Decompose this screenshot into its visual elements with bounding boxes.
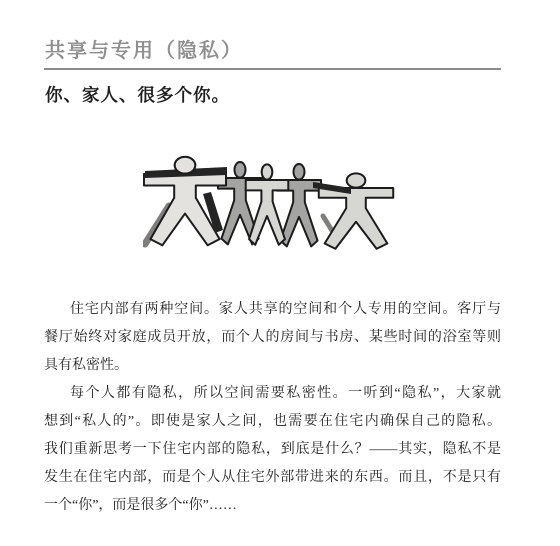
paper-doll-chain-svg (143, 148, 405, 262)
title-divider (44, 68, 501, 70)
paper-doll-figure-3 (246, 164, 289, 244)
section-title: 共享与专用（隐私） (45, 34, 243, 63)
body-line: 每个人都有隐私，所以空间需要私密性。一听到“隐私”，大家就 (44, 380, 501, 408)
section-subtitle: 你、家人、很多个你。 (45, 82, 230, 107)
body-line: 我们重新思考一下住宅内部的隐私，到底是什么？——其实，隐私不是 (44, 436, 501, 464)
paragraph: 每个人都有隐私，所以空间需要私密性。一听到“隐私”，大家就 想到“私人的”。即使… (44, 380, 501, 520)
body-line: 具有私密性。 (44, 352, 501, 380)
body-line: 餐厅始终对家庭成员开放，而个人的房间与书房、某些时间的浴室等则 (44, 324, 501, 352)
body-line: 发生在住宅内部，而是个人从住宅外部带进来的东西。而且，不是只有 (44, 464, 501, 492)
body-line: 一个“你”，而是很多个“你”…… (44, 492, 501, 520)
body-line: 住宅内部有两种空间。家人共享的空间和个人专用的空间。客厅与 (44, 296, 501, 324)
doll-head (175, 157, 196, 174)
book-page: 共享与专用（隐私） 你、家人、很多个你。 (0, 0, 560, 546)
paragraph: 住宅内部有两种空间。家人共享的空间和个人专用的空间。客厅与 餐厅始终对家庭成员开… (44, 296, 501, 380)
body-text: 住宅内部有两种空间。家人共享的空间和个人专用的空间。客厅与 餐厅始终对家庭成员开… (44, 296, 501, 520)
paper-doll-chain-illustration (143, 148, 405, 262)
body-line: 想到“私人的”。即使是家人之间，也需要在住宅内确保自己的隐私。 (44, 408, 501, 436)
